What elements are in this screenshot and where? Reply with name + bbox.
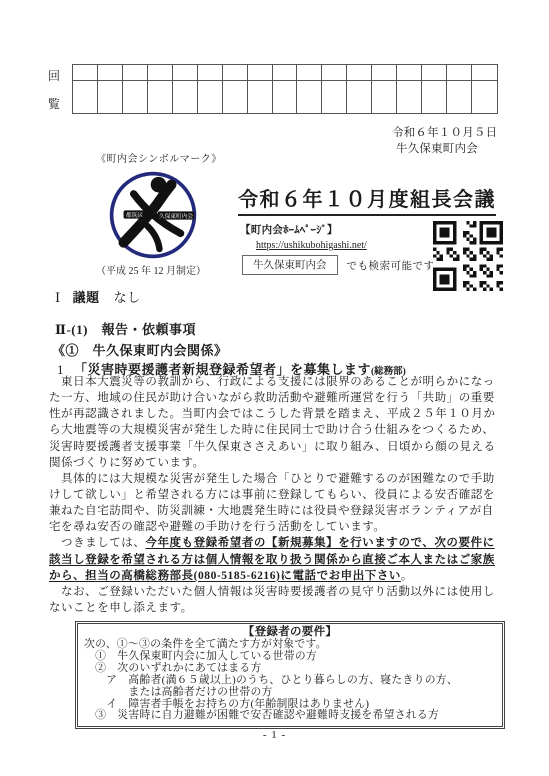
circulation-cell [148, 65, 173, 81]
agenda-label: 議題 [73, 290, 100, 305]
circulation-cell [173, 81, 198, 113]
circulation-cell [248, 65, 273, 81]
body-line-lead: つきましては、 [49, 537, 145, 549]
circulation-cell [322, 65, 347, 81]
circulation-cell [422, 65, 447, 81]
agenda-numeral: Ⅰ [55, 290, 61, 305]
section-subheading: 《① 牛久保東町内会関係》 [52, 340, 228, 359]
circulation-cell [73, 81, 98, 113]
circulation-cell [173, 65, 198, 81]
circulation-grid [72, 64, 498, 114]
agenda-line: Ⅰ議題なし [55, 287, 141, 306]
circulation-cell [472, 81, 497, 113]
circulation-cell [397, 65, 422, 81]
circulation-cell [422, 81, 447, 113]
body-line: 災害時要援護者支援事業「牛久保東ささえあい」に取り組み、日頃から顔の見える [49, 439, 501, 455]
section-heading: Ⅱ-(1) 報告・依頼事項 [55, 319, 196, 338]
requirement-line: または高齢者だけの世帯の方 [84, 687, 496, 699]
requirement-line: ア 高齢者(満６５歳以上)のうち、ひとり暮らしの方、寝たきりの方、 [84, 675, 496, 687]
circulation-cell [223, 81, 248, 113]
issue-date: 令和６年１０月５日 [392, 126, 497, 142]
circulation-cell [98, 81, 123, 113]
requirements-box: 【登録者の要件】 次の、①～③の条件を全て満たす方が対象です。 ① 牛久保東町内… [75, 621, 505, 729]
circulation-cell [372, 65, 397, 81]
circulation-cell [372, 81, 397, 113]
body-line: 性が再認識されました。当町内会ではこうした背景を踏まえ、平成２５年１０月か [49, 406, 501, 422]
body-line-tail: 。 [401, 570, 413, 582]
circulation-cell [73, 65, 98, 81]
body-line: 宅を尋ね安否の確認や避難の手助けを行う活動をしています。 [49, 519, 501, 535]
emphasized-text: 今年度も登録希望者の【新規募集】を行いますので、次の要件に [145, 537, 494, 549]
circulation-table: 回 覧 [46, 64, 498, 114]
document-page: 回 覧 令和６年１０月５日 牛久保東町内会 《町内会シンボルマーク》 都筑区 久… [0, 0, 549, 776]
body-line: 該当し登録を希望される方は個人情報を取り扱う関係から直接ご本人またはご家族 [49, 552, 501, 568]
requirement-line: ② 次のいずれかにあてはまる方 [84, 663, 496, 675]
circulation-cell [148, 81, 173, 113]
body-line: つきましては、今年度も登録希望者の【新規募集】を行いますので、次の要件に [49, 535, 501, 551]
circulation-label-bottom: 覧 [48, 95, 60, 112]
circulation-cell [123, 65, 148, 81]
symbol-note: （平成 25 年 12 月制定） [96, 262, 206, 277]
logo-text-right: 久保東町内会 [159, 212, 193, 220]
body-line: けして欲しい」と希望される方には事前に登録してもらい、役員による安否確認を [49, 487, 501, 503]
circulation-cell [447, 65, 472, 81]
body-line: ら大地震等の大規模災害が発生した時に住民同士で助け合う仕組みをつくるため、 [49, 422, 501, 438]
circulation-cell [198, 81, 223, 113]
circulation-cell [297, 81, 322, 113]
emphasized-text: から、担当の高橋総務部長(080-5185-6216)に電話でお申出下さい [49, 570, 401, 582]
homepage-label: 【町内会ﾎｰﾑﾍﾟｰｼﾞ】 [240, 222, 435, 237]
body-line: ないことを申し添えます。 [49, 600, 501, 616]
circulation-cell [347, 81, 372, 113]
circulation-cell [98, 65, 123, 81]
circulation-cell [198, 65, 223, 81]
circulation-cell [347, 65, 372, 81]
qr-code [433, 221, 503, 291]
homepage-url[interactable]: https://ushikubohigashi.net/ [256, 240, 435, 251]
circulation-cell [297, 65, 322, 81]
search-hint-row: 牛久保東町内会 でも検索可能です [240, 255, 435, 275]
body-line: 兼ねた自宅訪問や、防災訓練・大地震発生時には役員や登録災害ボランティアが自 [49, 503, 501, 519]
page-number: - 1 - [0, 729, 549, 741]
circulation-cell [322, 81, 347, 113]
circulation-cell [223, 65, 248, 81]
body-line: なお、ご登録いただいた個人情報は災害時要援護者の見守り活動以外には使用し [49, 584, 501, 600]
page-title: 令和６年１０月度組長会議 [238, 183, 496, 216]
issuing-org: 牛久保東町内会 [396, 142, 497, 158]
body-line: た一方、地域の住民が助け合いながら救助活動や避難所運営を行う「共助」の重要 [49, 390, 501, 406]
emphasized-text: 該当し登録を希望される方は個人情報を取り扱う関係から直接ご本人またはご家族 [49, 554, 495, 566]
body-text: 東日本大震災等の教訓から、行政による支援には限界のあることが明らかになっ た一方… [49, 374, 501, 616]
circulation-cell [273, 81, 298, 113]
search-note: でも検索可能です [347, 257, 435, 273]
search-term-box: 牛久保東町内会 [242, 255, 338, 275]
circulation-label-top: 回 [48, 67, 60, 84]
homepage-block: 【町内会ﾎｰﾑﾍﾟｰｼﾞ】 https://ushikubohigashi.ne… [240, 222, 435, 275]
symbol-caption: 《町内会シンボルマーク》 [96, 150, 222, 165]
circulation-cell [397, 81, 422, 113]
body-line: から、担当の高橋総務部長(080-5185-6216)に電話でお申出下さい。 [49, 568, 501, 584]
circulation-cell [273, 65, 298, 81]
circulation-cell [447, 81, 472, 113]
circulation-cell [472, 65, 497, 81]
body-line: 東日本大震災等の教訓から、行政による支援には限界のあることが明らかになっ [49, 374, 501, 390]
body-line: 具体的には大規模な災害が発生した場合「ひとりで避難するのが困難なので手助 [49, 471, 501, 487]
circulation-cell [248, 81, 273, 113]
logo-text-left: 都筑区 [126, 211, 143, 219]
requirement-line: ③ 災害時に自力避難が困難で安否確認や避難時支援を希望される方 [84, 710, 496, 722]
circulation-cell [123, 81, 148, 113]
agenda-value: なし [114, 290, 141, 305]
date-block: 令和６年１０月５日 牛久保東町内会 [392, 126, 497, 157]
association-logo-icon: 都筑区 久保東町内会 [107, 169, 199, 261]
circulation-label: 回 覧 [46, 64, 72, 114]
body-line: 関係づくりに努めています。 [49, 455, 501, 471]
